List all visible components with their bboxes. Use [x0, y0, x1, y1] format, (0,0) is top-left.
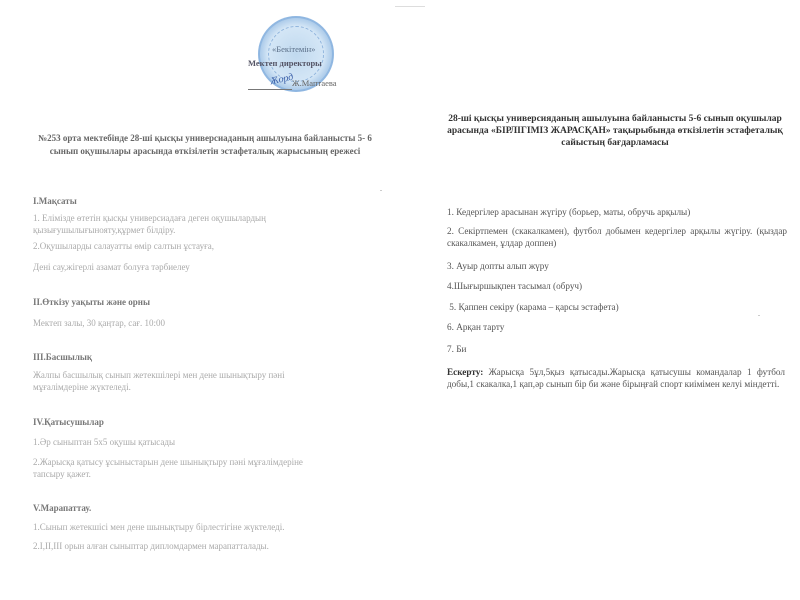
- note-label: Ескерту:: [447, 367, 483, 377]
- approval-label: «Бекітемін»: [272, 44, 315, 54]
- section-heading-awards: V.Марапаттау.: [33, 503, 91, 513]
- approval-position: Мектеп директоры: [248, 58, 322, 68]
- section-text: Дені сау,жігерлі азамат болуға тәрбиелеу: [33, 261, 333, 273]
- section-text: 2.I,II,III орын алған сыныптар дипломдар…: [33, 540, 353, 552]
- signature-line: [248, 89, 292, 90]
- program-item: 1. Кедергілер арасынан жүгіру (борьер, м…: [447, 207, 787, 219]
- section-heading-time-place: II.Өткізу уақыты және орны: [33, 297, 150, 307]
- director-name: Ж.Маптаева: [292, 78, 337, 88]
- rules-title: №253 орта мектебінде 28-ші қысқы универс…: [30, 132, 380, 158]
- section-heading-goal: I.Мақсаты: [33, 196, 77, 206]
- section-text: Жалпы басшылық сынып жетекшілері мен ден…: [33, 369, 333, 393]
- section-text: 2.Оқушыларды салауатты өмір салтын ұстау…: [33, 240, 333, 252]
- program-item: 6. Арқан тарту: [447, 322, 787, 334]
- program-note: Ескерту: Жарысқа 5ұл,5қыз қатысады.Жарыс…: [447, 367, 785, 390]
- section-text: 1.Әр сыныптан 5х5 оқушы қатысады: [33, 436, 333, 448]
- section-text: Мектеп залы, 30 қаңтар, сағ. 10:00: [33, 317, 333, 329]
- section-text: 1.Сынып жетекшісі мен дене шынықтыру бір…: [33, 521, 353, 533]
- note-text: Жарысқа 5ұл,5қыз қатысады.Жарысқа қатысу…: [447, 367, 785, 389]
- scan-artifact: [395, 6, 425, 7]
- section-heading-participants: IV.Қатысушылар: [33, 417, 104, 427]
- section-text: 2.Жарысқа қатысу ұсыныстарын дене шынықт…: [33, 456, 333, 480]
- program-item: 2. Секіртпемен (скакалкамен), футбол доб…: [447, 226, 787, 249]
- program-page: 28-ші қысқы универсияданың ашылуына байл…: [430, 0, 800, 600]
- program-item: 5. Қаппен секіру (карама – қарсы эстафет…: [447, 302, 787, 314]
- section-heading-leadership: III.Басшылық: [33, 352, 92, 362]
- rules-page: «Бекітемін» Мектеп директоры Ѫорд Ж.Мапт…: [0, 0, 395, 600]
- scan-artifact: [758, 315, 760, 316]
- program-item: 4.Шығыршықпен тасымал (обруч): [447, 281, 787, 293]
- scan-artifact: [380, 190, 382, 191]
- program-item: 3. Ауыр допты алып жүру: [447, 261, 787, 273]
- program-item: 7. Би: [447, 344, 787, 356]
- section-text: 1. Елімізде өтетін қысқы универсиадаға д…: [33, 212, 333, 236]
- program-title: 28-ші қысқы универсияданың ашылуына байл…: [440, 113, 790, 149]
